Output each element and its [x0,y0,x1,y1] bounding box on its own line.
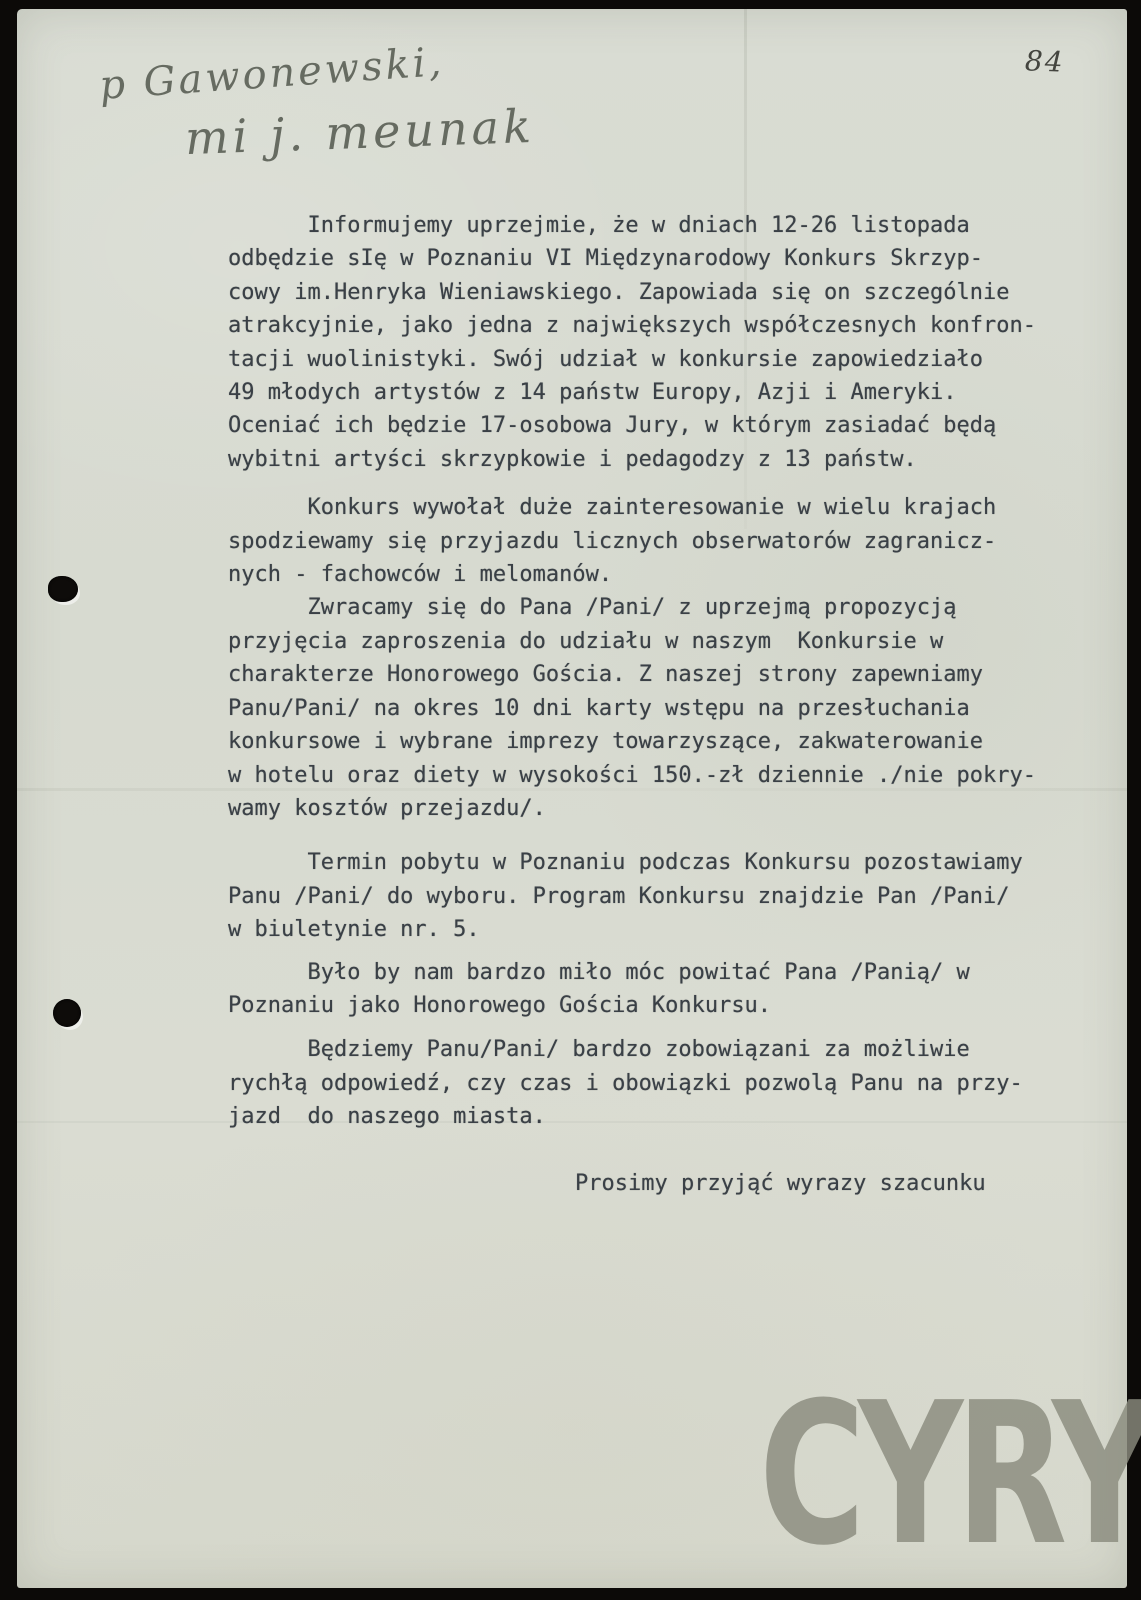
letter-line: Konkurs wywołał duże zainteresowanie w w… [228,491,1078,524]
page-number: 84 [1024,44,1065,78]
letter-line: Poznaniu jako Honorowego Gościa Konkursu… [228,989,1078,1022]
cyryl-watermark: CYRYL [759,1377,1141,1573]
handwritten-annotation-line1: p Gawonewski, [98,39,446,109]
paragraph-6: Będziemy Panu/Pani/ bardzo zobowiązani z… [228,1033,1078,1133]
paragraph-5: Było by nam bardzo miło móc powitać Pana… [228,956,1078,1023]
letter-line: konkursowe i wybrane imprezy towarzysząc… [228,725,1078,758]
letter-line: Panu /Pani/ do wyboru. Program Konkursu … [228,880,1078,913]
letter-line: przyjęcia zaproszenia do udziału w naszy… [228,625,1078,658]
letter-line: Informujemy uprzejmie, że w dniach 12-26… [228,209,1078,242]
letter-line: Panu/Pani/ na okres 10 dni karty wstępu … [228,692,1078,725]
letter-line: w hotelu oraz diety w wysokości 150.-zł … [228,759,1078,792]
letter-line: cowy im.Henryka Wieniawskiego. Zapowiada… [228,276,1078,309]
paragraph-2: Konkurs wywołał duże zainteresowanie w w… [228,491,1078,591]
letter-line: wamy kosztów przejazdu/. [228,792,1078,825]
letter-line: Będziemy Panu/Pani/ bardzo zobowiązani z… [228,1033,1078,1066]
punch-hole-top [48,576,78,602]
letter-line: wybitni artyści skrzypkowie i pedagodzy … [228,443,1078,476]
letter-line: Oceniać ich będzie 17-osobowa Jury, w kt… [228,409,1078,442]
letter-line: Termin pobytu w Poznaniu podczas Konkurs… [228,846,1078,879]
letter-text: Informujemy uprzejmie, że w dniach 12-26… [228,209,1078,1200]
letter-line: tacji wuolinistyki. Swój udział w konkur… [228,343,1078,376]
letter-line: nych - fachowców i melomanów. [228,558,1078,591]
paragraph-4: Termin pobytu w Poznaniu podczas Konkurs… [228,846,1078,946]
letter-line: spodziewamy się przyjazdu licznych obser… [228,525,1078,558]
scanned-document-page: { "page": { "page_number": "84", "handwr… [0,0,1141,1600]
paragraph-1: Informujemy uprzejmie, że w dniach 12-26… [228,209,1078,476]
closing-line: Prosimy przyjąć wyrazy szacunku [228,1167,1078,1200]
paragraph-3: Zwracamy się do Pana /Pani/ z uprzejmą p… [228,591,1078,825]
letter-line: w biuletynie nr. 5. [228,913,1078,946]
letter-line: 49 młodych artystów z 14 państw Europy, … [228,376,1078,409]
handwritten-annotation-line2: mi j. meunak [184,99,536,165]
letter-line: atrakcyjnie, jako jedna z największych w… [228,309,1078,342]
letter-body: Informujemy uprzejmie, że w dniach 12-26… [228,209,1078,1134]
punch-hole-bottom [53,999,81,1027]
letter-line: rychłą odpowiedź, czy czas i obowiązki p… [228,1067,1078,1100]
letter-line: charakterze Honorowego Gościa. Z naszej … [228,658,1078,691]
letter-line: Zwracamy się do Pana /Pani/ z uprzejmą p… [228,591,1078,624]
letter-line: odbędzie sIę w Poznaniu VI Międzynarodow… [228,242,1078,275]
letter-line: Było by nam bardzo miło móc powitać Pana… [228,956,1078,989]
letter-line: jazd do naszego miasta. [228,1100,1078,1133]
paper-sheet: p Gawonewski, mi j. meunak 84 Informujem… [17,9,1127,1588]
